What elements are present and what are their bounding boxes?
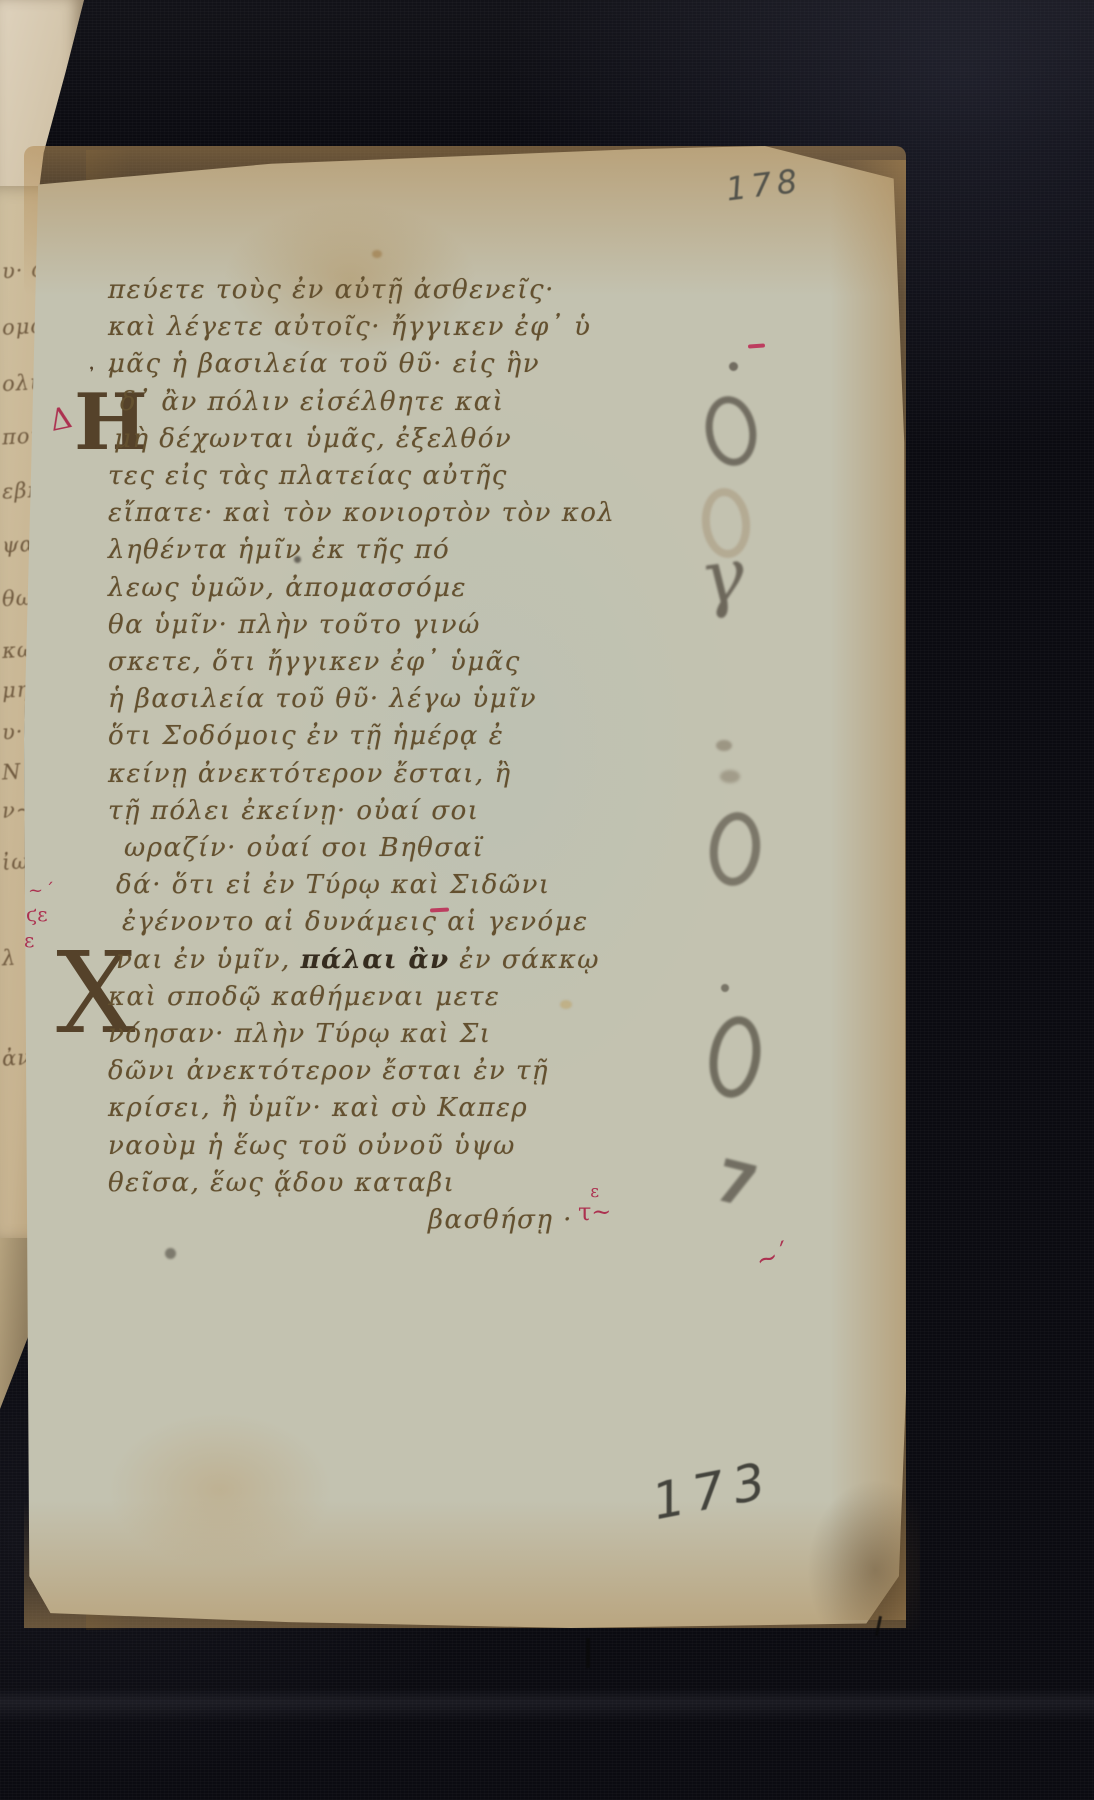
manuscript-line: μὴ δέχωνται ὑμᾶς, ἐξελθόν	[114, 421, 512, 458]
show-through-smudge	[716, 740, 732, 751]
manuscript-line: σκετε, ὅτι ἤγγικεν ἐφ᾽ ὑμᾶς	[108, 644, 521, 681]
manuscript-line: ἡ βασιλεία τοῦ θῦ· λέγω ὑμῖν	[108, 681, 537, 718]
manuscript-line: κείνῃ ἀνεκτότερον ἔσται, ἢ	[108, 756, 512, 793]
show-through-dot	[721, 984, 729, 992]
manuscript-line: νόησαν· πλὴν Τύρῳ καὶ Σι	[108, 1016, 491, 1053]
manuscript-line: τες εἰς τὰς πλατείας αὐτῆς	[108, 458, 508, 495]
manuscript-line: δῶνι ἀνεκτότερον ἔσται ἐν τῇ	[108, 1053, 549, 1090]
telos-tau: τ~	[578, 1198, 611, 1226]
manuscript-line: καὶ σποδῷ καθήμεναι μετε	[108, 979, 500, 1016]
stain-speck	[372, 250, 382, 258]
fabric-ridge	[0, 1688, 1094, 1722]
stain-speck	[560, 1000, 572, 1009]
manuscript-line: ἐγένοντο αἱ δυνάμεις αἱ γενόμε	[122, 904, 589, 941]
manuscript-line: κρίσει, ἢ ὑμῖν· καὶ σὺ Καπερ	[108, 1090, 528, 1127]
manuscript-line: ναι ἐν ὑμῖν, πάλαι ἂν ἐν σάκκῳ	[116, 942, 600, 979]
page-edge-crack	[875, 1616, 882, 1636]
red-lection-mark: ε	[24, 928, 34, 952]
edge-text-fragment: υ·	[1, 719, 24, 744]
manuscript-line: θα ὑμῖν· πλὴν τοῦτο γινώ	[108, 607, 481, 644]
manuscript-line: ωραζίν· οὐαί σοι Βηθσαϊ	[124, 830, 484, 867]
manuscript-line: δ᾽ ἂν πόλιν εἰσέλθητε καὶ	[120, 384, 505, 421]
show-through-smudge	[720, 770, 740, 783]
red-telos-mark: ε τ~	[578, 1182, 611, 1222]
manuscript-line: καὶ λέγετε αὐτοῖς· ἤγγικεν ἐφ᾽ ὑ	[108, 309, 591, 346]
edge-text-fragment: Ν	[1, 760, 22, 785]
edge-text-fragment: λ	[1, 946, 17, 971]
manuscript-line: βασθήσῃ ·	[428, 1202, 573, 1239]
show-through-dot	[729, 362, 738, 371]
manuscript-line: πεύετε τοὺς ἐν αὐτῇ ἀσθενεῖς·	[108, 272, 555, 309]
ink-speck	[165, 1248, 176, 1259]
manuscript-line: δά· ὅτι εἰ ἐν Τύρῳ καὶ Σιδῶνι	[116, 867, 551, 904]
manuscript-line: ληθέντα ἡμῖν ἐκ τῆς πό	[108, 532, 450, 569]
manuscript-line: εἴπατε· καὶ τὸν κονιορτὸν τὸν κολ	[108, 495, 615, 532]
manuscript-line: θεῖσα, ἕως ᾅδου καταβι	[108, 1165, 455, 1202]
manuscript-photo: υ· οὐομοιωολιν· ἡπουτεβκιωψαυτθωυκω·μηυ·…	[0, 0, 1094, 1800]
manuscript-line: ὅτι Σοδόμοις ἐν τῇ ἡμέρᾳ ἐ	[108, 718, 504, 755]
manuscript-line: μᾶς ἡ βασιλεία τοῦ θῦ· εἰς ἣν	[108, 346, 540, 383]
manuscript-line: ναοὺμ ἡ ἕως τοῦ οὐνοῦ ὑψω	[108, 1128, 516, 1165]
manuscript-line: τῇ πόλει ἐκείνῃ· οὐαί σοι	[108, 793, 480, 830]
manuscript-line: λεως ὑμῶν, ἀπομασσόμε	[108, 570, 467, 607]
red-lection-mark: ~΄	[28, 880, 56, 901]
red-lection-mark: ϛε	[26, 902, 48, 926]
retraced-word: πάλαι ἂν	[301, 945, 450, 975]
page-edge-crack	[586, 1638, 590, 1668]
